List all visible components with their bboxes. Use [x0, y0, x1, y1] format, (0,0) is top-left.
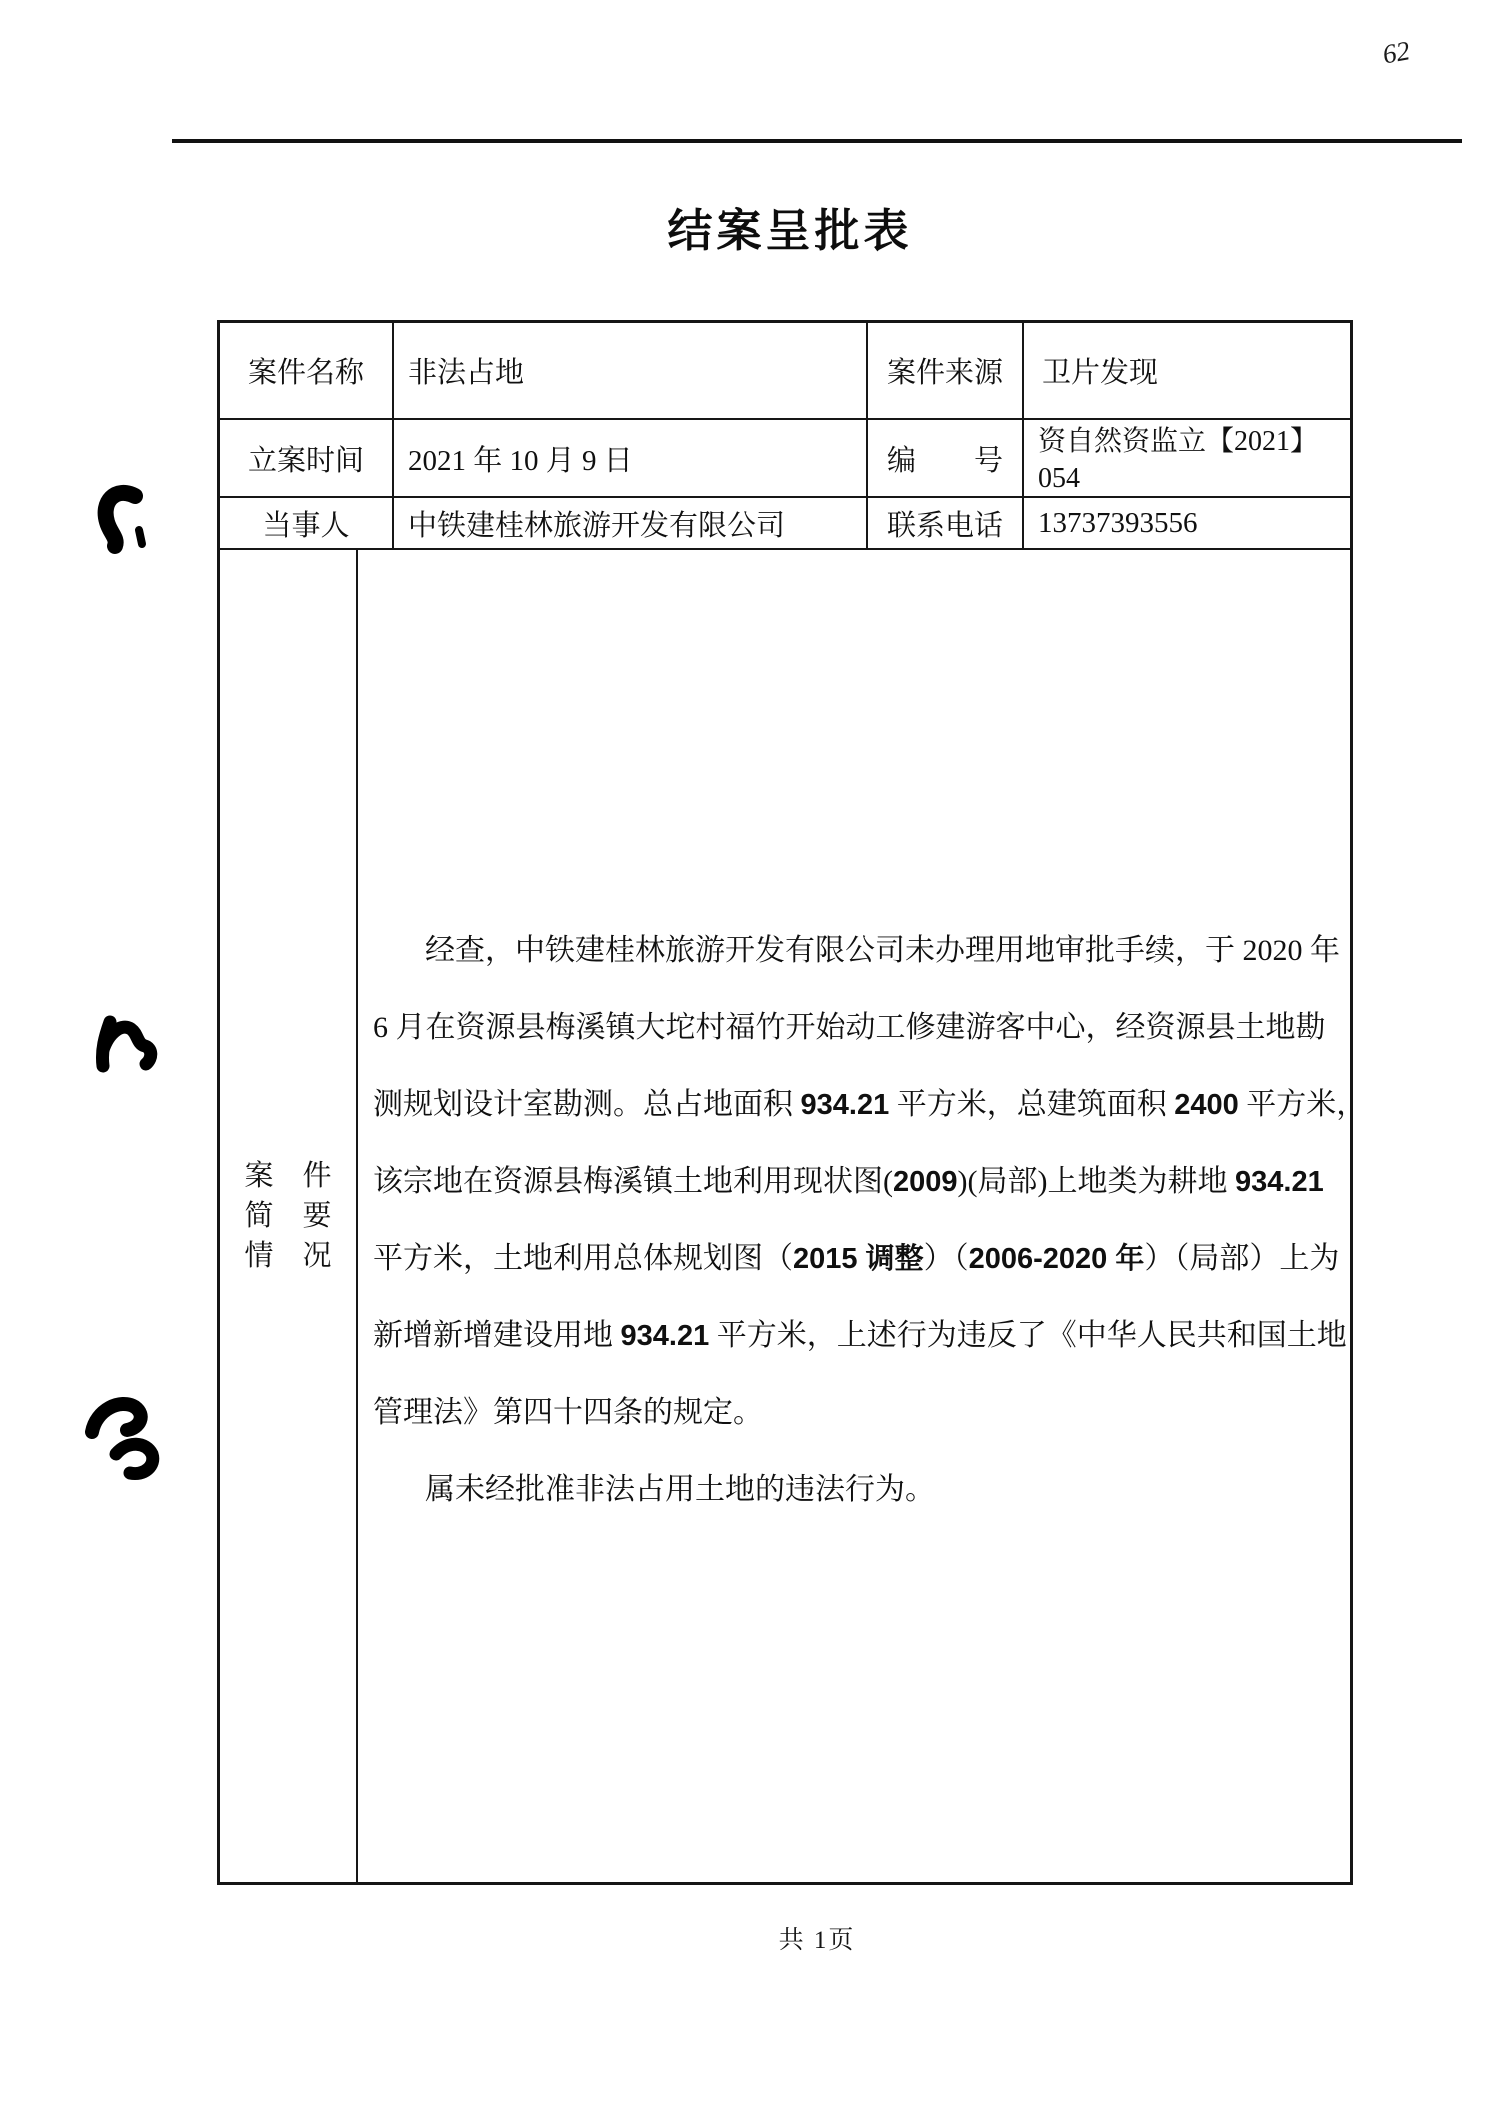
- handwritten-page-number: 62: [1380, 33, 1429, 86]
- field-value-case-name: 非法占地: [394, 323, 866, 418]
- scanned-document-page: 62 结案呈批表 案件名称 非法占地 案件来源 卫片发现 立案时间 2021 年…: [0, 0, 1502, 2107]
- case-brief-label-line: 简 要: [244, 1196, 331, 1236]
- field-label-case-name: 案件名称: [220, 323, 392, 418]
- field-label-case-source: 案件来源: [868, 323, 1022, 418]
- ink-squiggle-icon: [93, 1014, 161, 1076]
- field-value-filing-date: 2021 年 10 月 9 日: [394, 420, 866, 496]
- case-brief-line: 6 月在资源县梅溪镇大坨村福竹开始动工修建游客中心，经资源县土地勘: [373, 989, 1341, 1066]
- case-brief-line: 管理法》第四十四条的规定。: [373, 1374, 1341, 1451]
- field-value-phone: 13737393556: [1024, 498, 1350, 548]
- case-brief-paragraph: 经查，中铁建桂林旅游开发有限公司未办理用地审批手续，于 2020 年6 月在资源…: [373, 912, 1341, 1528]
- page-count-footer: 共 1页: [132, 1920, 1502, 1956]
- page-title: 结案呈批表: [78, 194, 1502, 259]
- case-form-table: 案件名称 非法占地 案件来源 卫片发现 立案时间 2021 年 10 月 9 日…: [217, 320, 1353, 1885]
- field-label-filing-date: 立案时间: [220, 420, 392, 496]
- case-brief-line: 新增新增建设用地 934.21 平方米，上述行为违反了《中华人民共和国土地: [373, 1297, 1341, 1374]
- field-label-case-brief: 案 件 简 要 情 况: [220, 550, 356, 1882]
- header-rule: [172, 139, 1462, 143]
- case-brief-line: 属未经批准非法占用土地的违法行为。: [373, 1451, 1341, 1528]
- field-label-phone: 联系电话: [868, 498, 1022, 548]
- field-value-case-source: 卫片发现: [1024, 323, 1350, 418]
- case-brief-line: 平方米，土地利用总体规划图（2015 调整）（2006-2020 年）（局部）上…: [373, 1220, 1341, 1297]
- case-brief-label-line: 情 况: [244, 1236, 331, 1276]
- field-label-case-number: 编 号: [868, 420, 1022, 496]
- case-brief-line: 测规划设计室勘测。总占地面积 934.21 平方米，总建筑面积 2400 平方米…: [373, 1066, 1341, 1143]
- case-brief-label-line: 案 件: [244, 1156, 331, 1196]
- field-value-case-number: 资自然资监立【2021】054: [1038, 420, 1350, 497]
- field-label-party: 当事人: [220, 498, 392, 548]
- ink-squiggle-icon: [93, 484, 155, 558]
- case-brief-line: 经查，中铁建桂林旅游开发有限公司未办理用地审批手续，于 2020 年: [373, 912, 1341, 989]
- field-value-party: 中铁建桂林旅游开发有限公司: [394, 498, 866, 548]
- field-value-case-brief: 经查，中铁建桂林旅游开发有限公司未办理用地审批手续，于 2020 年6 月在资源…: [358, 550, 1350, 1882]
- case-brief-line: 该宗地在资源县梅溪镇土地利用现状图(2009)(局部)上地类为耕地 934.21: [373, 1143, 1341, 1220]
- ink-squiggle-icon: [78, 1392, 166, 1488]
